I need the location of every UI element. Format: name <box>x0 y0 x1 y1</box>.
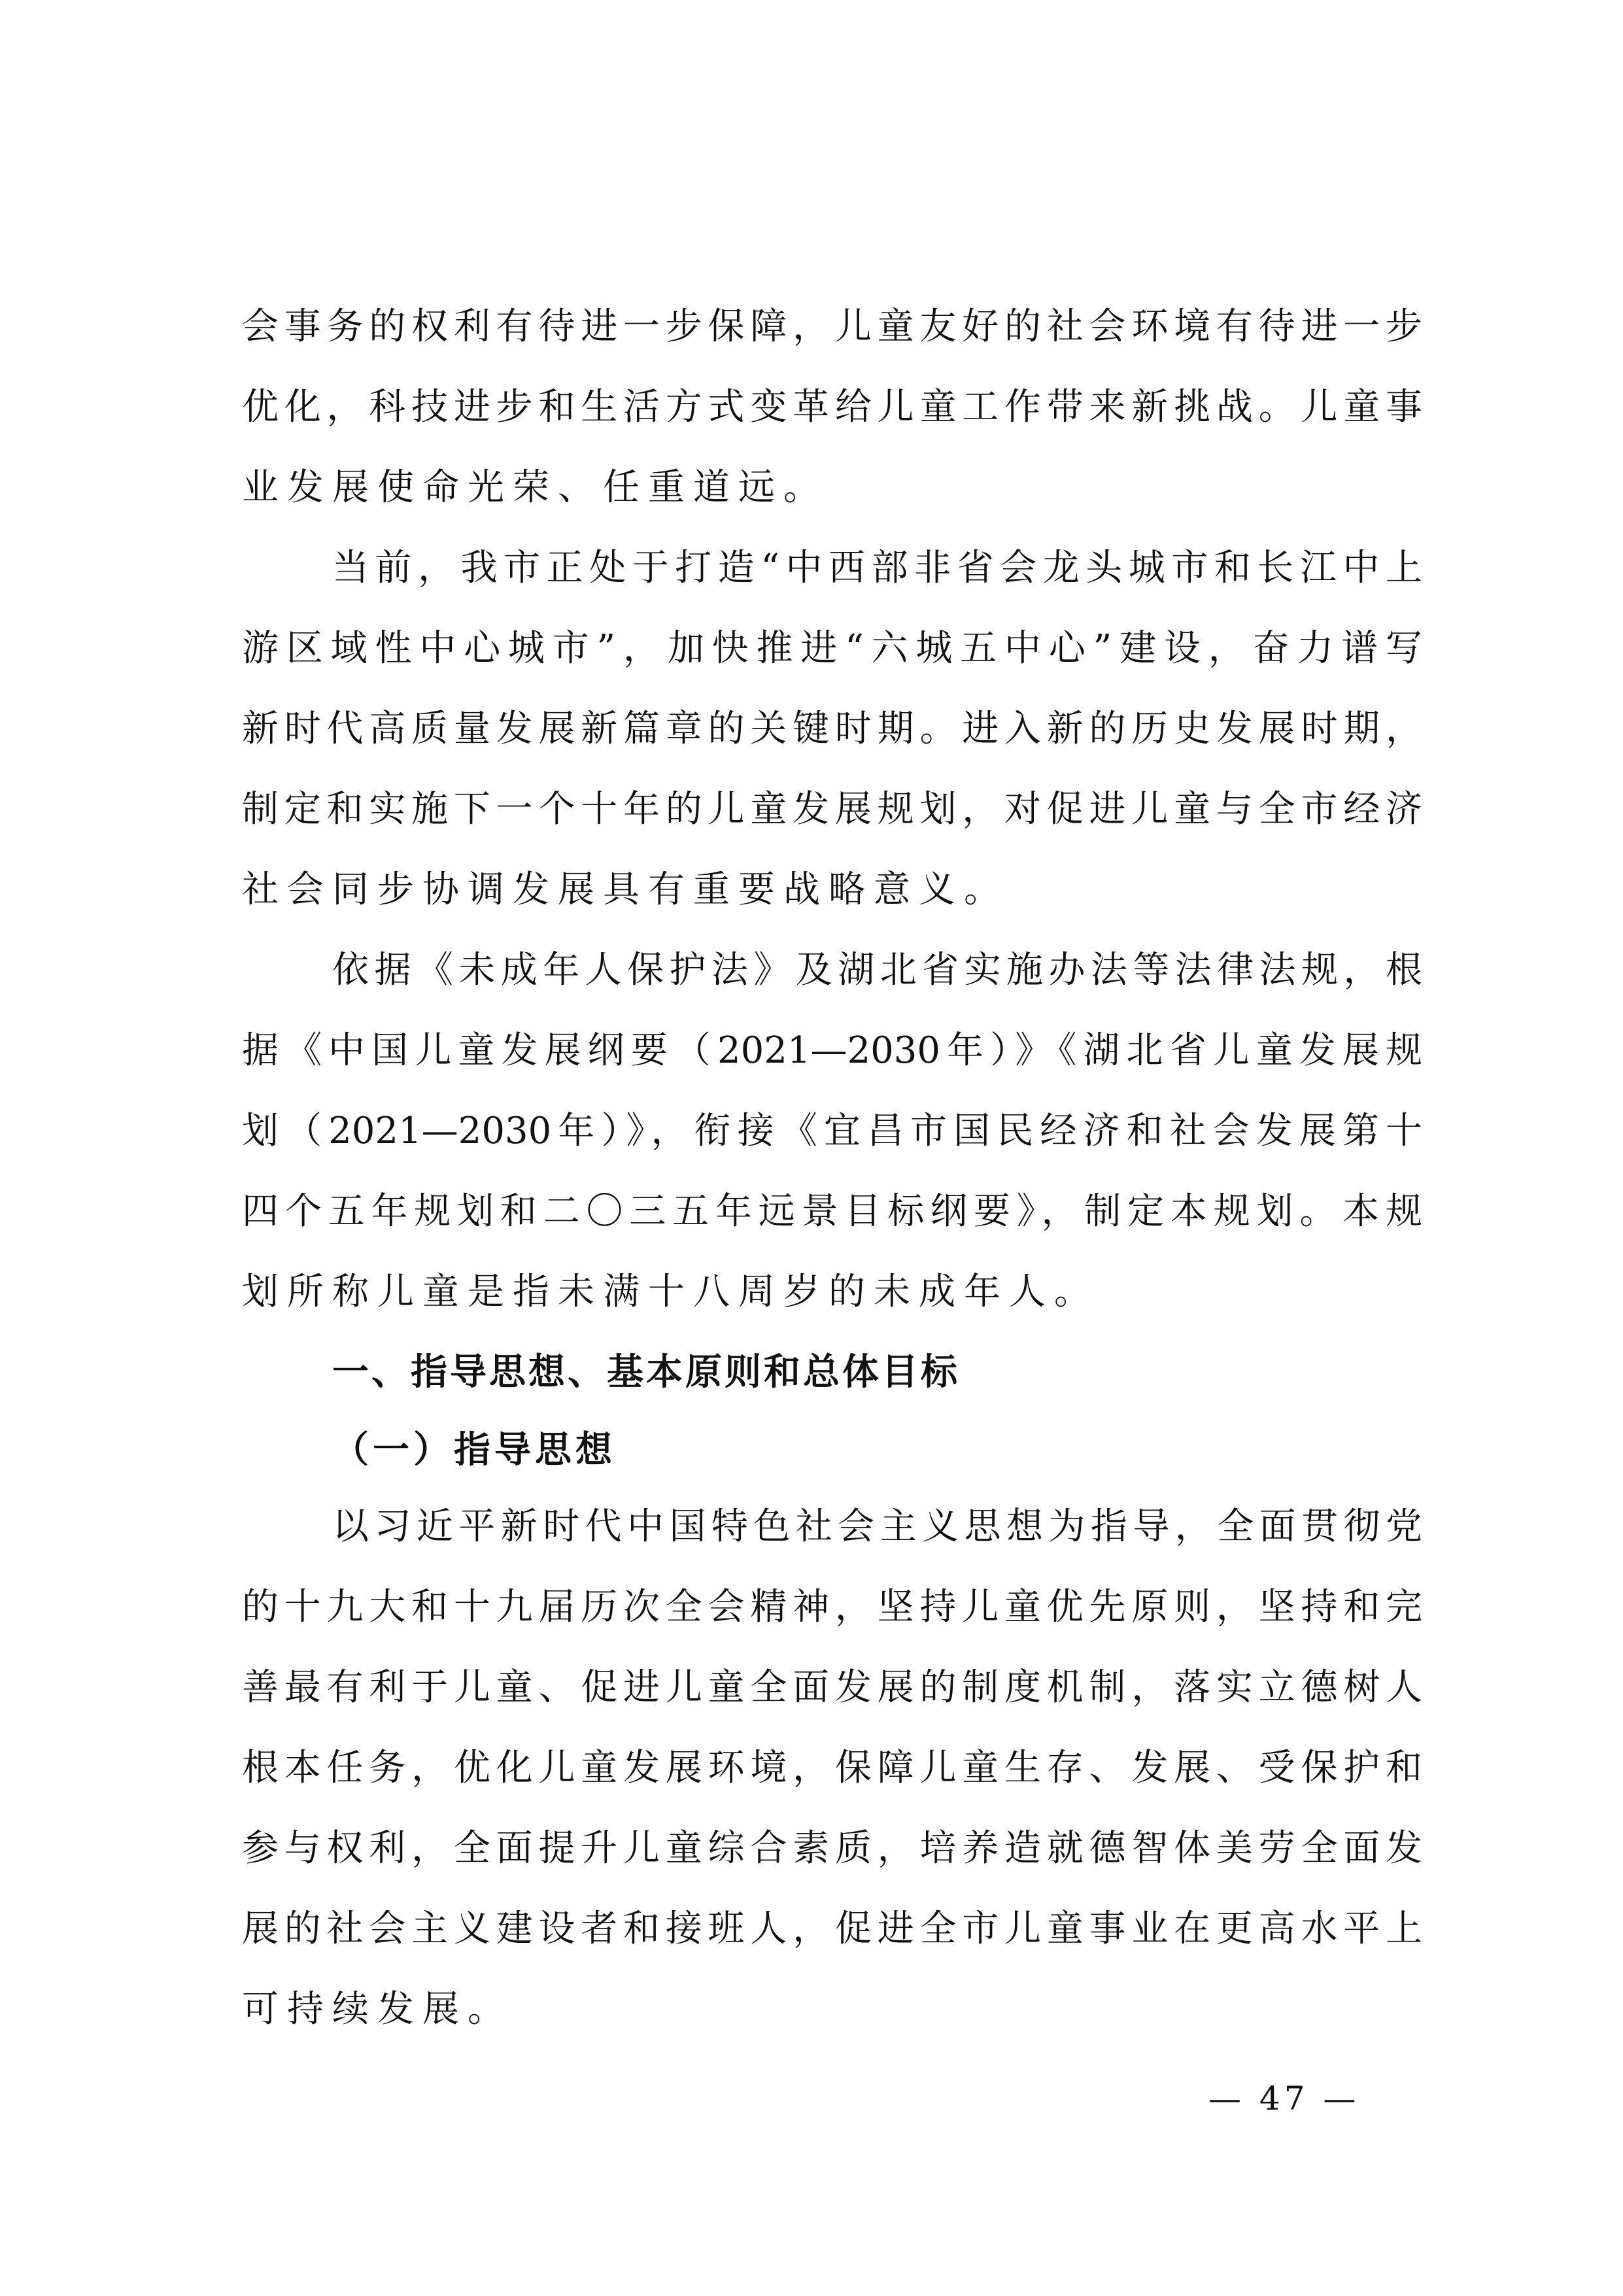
text-line: 制定和实施下一个十年的儿童发展规划，对促进儿童与全市经济 <box>242 780 1422 861</box>
paragraph-legal-basis: 依据《未成年人保护法》及湖北省实施办法等法律法规，根 据《中国儿童发展纲要（20… <box>242 941 1422 1343</box>
text-line: 划所称儿童是指未满十八周岁的未成年人。 <box>242 1263 1422 1343</box>
text-line: 的十九大和十九届历次全会精神，坚持儿童优先原则，坚持和完 <box>242 1578 1422 1658</box>
document-page: 会事务的权利有待进一步保障，儿童友好的社会环境有待进一步 优化，科技进步和生活方… <box>242 298 1422 2061</box>
section-heading: 一、指导思想、基本原则和总体目标 <box>242 1343 1422 1420</box>
text-line: 会事务的权利有待进一步保障，儿童友好的社会环境有待进一步 <box>242 298 1422 378</box>
text-line: 根本任务，优化儿童发展环境，保障儿童生存、发展、受保护和 <box>242 1739 1422 1819</box>
page-number: — 47 — <box>1208 2080 1359 2117</box>
text-line: 展的社会主义建设者和接班人，促进全市儿童事业在更高水平上 <box>242 1900 1422 1980</box>
text-line: 可持续发展。 <box>242 1980 1422 2061</box>
text-line: 四个五年规划和二〇三五年远景目标纲要》，制定本规划。本规 <box>242 1182 1422 1263</box>
text-line: 以习近平新时代中国特色社会主义思想为指导，全面贯彻党 <box>242 1498 1422 1578</box>
text-line: 据《中国儿童发展纲要（2021—2030年）》《湖北省儿童发展规 <box>242 1021 1422 1102</box>
text-line: 划（2021—2030年）》，衔接《宜昌市国民经济和社会发展第十 <box>242 1102 1422 1182</box>
paragraph-current-period: 当前，我市正处于打造“中西部非省会龙头城市和长江中上 游区域性中心城市”，加快推… <box>242 539 1422 941</box>
paragraph-guiding-thought: 以习近平新时代中国特色社会主义思想为指导，全面贯彻党 的十九大和十九届历次全会精… <box>242 1498 1422 2061</box>
text-line: 优化，科技进步和生活方式变革给儿童工作带来新挑战。儿童事 <box>242 378 1422 458</box>
text-line: 依据《未成年人保护法》及湖北省实施办法等法律法规，根 <box>242 941 1422 1021</box>
text-line: 参与权利，全面提升儿童综合素质，培养造就德智体美劳全面发 <box>242 1819 1422 1900</box>
text-line: 游区域性中心城市”，加快推进“六城五中心”建设，奋力谱写 <box>242 619 1422 700</box>
subsection-heading: （一）指导思想 <box>242 1420 1422 1498</box>
text-line: 当前，我市正处于打造“中西部非省会龙头城市和长江中上 <box>242 539 1422 619</box>
text-line: 善最有利于儿童、促进儿童全面发展的制度机制，落实立德树人 <box>242 1658 1422 1739</box>
text-line: 业发展使命光荣、任重道远。 <box>242 458 1422 539</box>
paragraph-continuation: 会事务的权利有待进一步保障，儿童友好的社会环境有待进一步 优化，科技进步和生活方… <box>242 298 1422 539</box>
text-line: 新时代高质量发展新篇章的关键时期。进入新的历史发展时期， <box>242 700 1422 780</box>
text-line: 社会同步协调发展具有重要战略意义。 <box>242 861 1422 941</box>
